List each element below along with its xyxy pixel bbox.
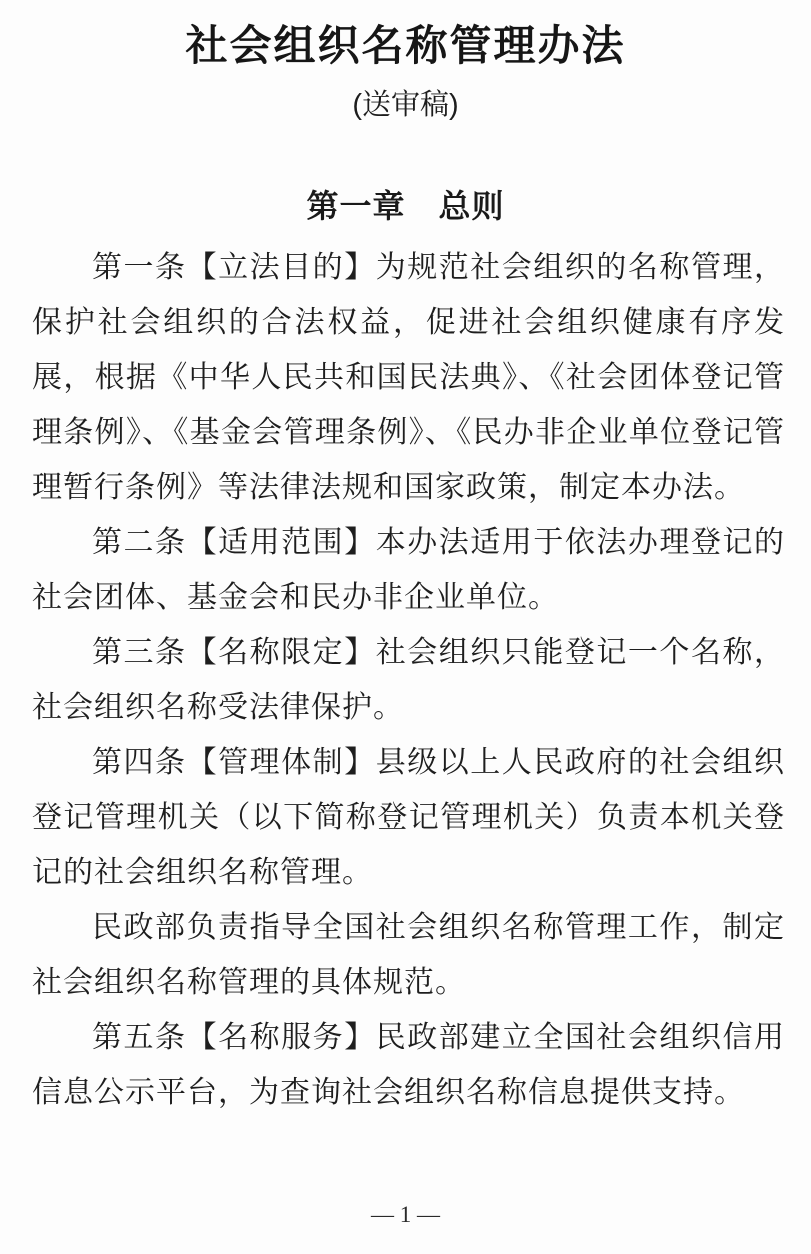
article-5: 第五条【名称服务】民政部建立全国社会组织信用信息公示平台，为查询社会组织名称信息… xyxy=(32,1010,785,1120)
article-2: 第二条【适用范围】本办法适用于依法办理登记的社会团体、基金会和民办非企业单位。 xyxy=(32,515,785,625)
article-3: 第三条【名称限定】社会组织只能登记一个名称，社会组织名称受法律保护。 xyxy=(32,625,785,735)
document-subtitle: (送审稿) xyxy=(0,86,811,124)
document-title: 社会组织名称管理办法 xyxy=(0,0,811,72)
chapter-heading: 第一章 总则 xyxy=(0,186,811,226)
document-body: 第一条【立法目的】为规范社会组织的名称管理，保护社会组织的合法权益，促进社会组织… xyxy=(32,240,785,1120)
article-4: 第四条【管理体制】县级以上人民政府的社会组织登记管理机关（以下简称登记管理机关）… xyxy=(32,735,785,900)
page-number: — 1 — xyxy=(0,1202,811,1228)
document-page: 社会组织名称管理办法 (送审稿) 第一章 总则 第一条【立法目的】为规范社会组织… xyxy=(0,0,811,1254)
article-4-paragraph-2: 民政部负责指导全国社会组织名称管理工作，制定社会组织名称管理的具体规范。 xyxy=(32,900,785,1010)
article-1: 第一条【立法目的】为规范社会组织的名称管理，保护社会组织的合法权益，促进社会组织… xyxy=(32,240,785,515)
